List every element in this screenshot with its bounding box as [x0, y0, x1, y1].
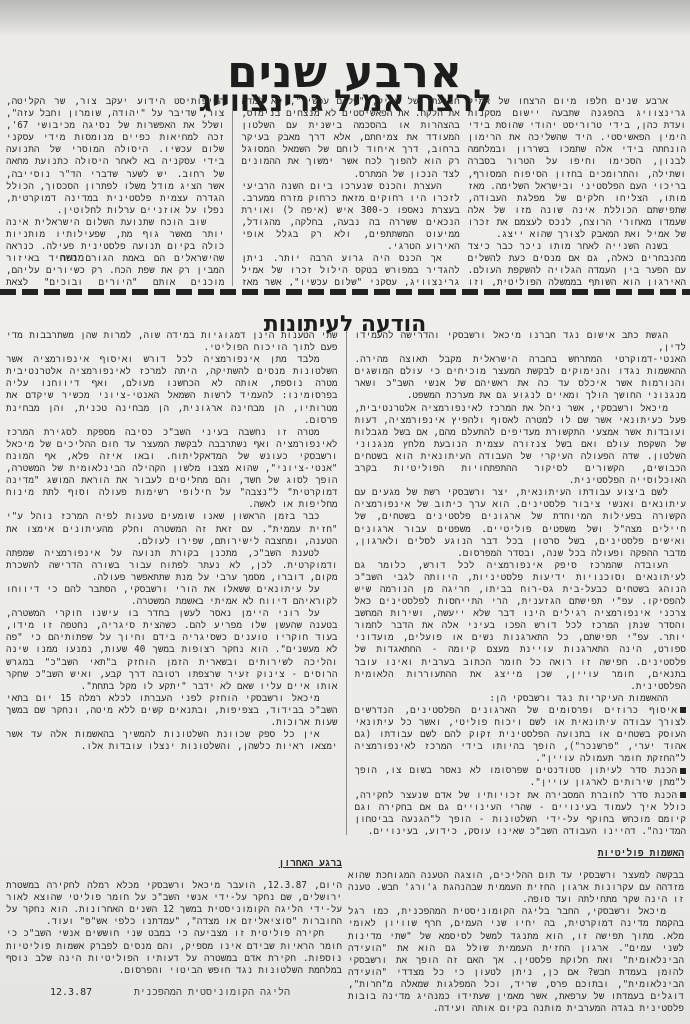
press-release-right-column: הגשת כתב אישום נגד חברנו מיכאל ורשבסקי ו… [355, 330, 687, 835]
paragraph: הגשת כתב אישום נגד חברנו מיכאל ורשבסקי ו… [355, 330, 687, 354]
paragraph: אין כל ספק שכוונת השלטונות להמשיך בהאשמו… [6, 729, 338, 753]
paragraph: מלבד מתן אינפורמציה לכל דורש ואיסוף אינפ… [6, 354, 338, 427]
paragraph: העובדה שהמרכז סיפק אינפורמציה לכל דורש, … [355, 560, 687, 693]
paragraph: מיכאל ורשבסקי הוחזק לפני העברתו לכלא רמל… [6, 693, 338, 729]
bullet-icon [680, 792, 686, 798]
paragraph: ארבע שנים חלפו מיום הרצחו של אמיל גרינצו… [468, 96, 686, 241]
scan-shadow [0, 0, 690, 36]
top-article: ארבע שנים חלפו מיום הרצחו של אמיל גרינצו… [6, 96, 686, 286]
bullet-item: הכנת סדר לחוברת המסבירה את זכויותיו של א… [355, 790, 687, 835]
date: 12.3.87 [50, 987, 92, 999]
top-article-column-3: הטיפותיסט הידוע יעקב צור, שר הקליטה, צור… [6, 96, 224, 286]
paragraph: על רוני היימן נאסר לעשן בחדר בו עישנו חו… [6, 608, 338, 693]
last-minute-section: ברגע האחרון היום, 12.3.87, הועבר מיכאל ו… [6, 850, 342, 977]
paragraph: האנטי-דמוקרטי המתרחש בחברה הישראלית מקבל… [355, 354, 687, 402]
paragraph: כבר בזמן הראשון שאנו שומעים טענות לפיה ה… [6, 511, 338, 547]
paragraph: מיכאל ורשבסקי, אשר ניהל את המרכז לאינפור… [355, 403, 687, 488]
paragraph: לטענת השב"כ, מתכנן בקורת תנועה על אינפור… [6, 548, 338, 584]
political-charges-section: האשמות פוליטיות בבקשה למעצר ורשבסקי עד ת… [348, 840, 684, 1015]
section-heading: האשמות פוליטיות [348, 848, 684, 860]
paragraph: חקירה פוליטית זו מצביעה כי במבט שני חושש… [6, 928, 342, 976]
top-article-column-1: ארבע שנים חלפו מיום הרצחו של אמיל גרינצו… [468, 96, 686, 286]
organization-name: הליגה הקומוניסטית המהפכנית [134, 987, 290, 999]
bullet-icon [680, 768, 686, 774]
paragraph: שתי הטענות הינן דמגוגיות במידה שוה, למרו… [6, 330, 338, 354]
paragraph: העצרת והכנס שנערכו ביום השנה הרביעי לזכר… [241, 181, 459, 254]
paragraph: הטיפותיסט הידוע יעקב צור, שר הקליטה, צור… [6, 96, 224, 217]
paragraph: שוב הוכח שתנועת השלום הישראלית אינה יותר… [6, 217, 224, 286]
author-signature: מנשה [60, 253, 84, 265]
top-article-column-2: חנועתו של אמיל, "שלום עכשיו", לא למדה את… [241, 96, 459, 286]
section-heading: ברגע האחרון [6, 858, 342, 870]
press-release-body: הגשת כתב אישום נגד חברנו מיכאל ורשבסקי ו… [6, 330, 686, 835]
press-release-left-column: שתי הטענות הינן דמגוגיות במידה שוה, למרו… [6, 330, 338, 835]
bullet-item: איסוף כרוזים ופרסומים של הארגונים הפלסטי… [355, 705, 687, 765]
bullet-item: הכנת סדר לעיתון סטודנטים שפרסומו לא נאסר… [355, 765, 687, 789]
scanned-page: ארבע שנים לרצח אמיל גרינצווייג ארבע שנים… [0, 0, 690, 1024]
paragraph: בשנה השנייה לאחר מותו ניכר כבר כיצד מהנב… [468, 241, 686, 286]
bullet-icon [680, 707, 686, 713]
dashed-separator [0, 289, 690, 295]
footer: הליגה הקומוניסטית המהפכנית 12.3.87 [50, 987, 290, 999]
paragraph: חנועתו של אמיל, "שלום עכשיו", לא למדה את… [241, 96, 459, 181]
paragraph: על עיתונאים ששאלו את הורי ורשבסקי, הסתבר… [6, 584, 338, 608]
column-divider [346, 330, 347, 835]
column-divider [232, 96, 233, 286]
paragraph: היום, 12.3.87, הועבר מיכאל ורשבסקי מכלא … [6, 880, 342, 928]
paragraph: לשם ביצוע עבודתו העיתונאית, יצר ורשבסקי … [355, 487, 687, 560]
paragraph: מיכאל ורשבסקי, החבר בליגה הקומוניסטית המ… [348, 906, 684, 1015]
paragraph: מטרה זו נחשבה בעיני השב"כ כסיבה מספקת לס… [6, 427, 338, 512]
paragraph: בבקשה למעצר ורשבסקי עד תום ההליכים, הוצג… [348, 870, 684, 906]
paragraph: אך הכנס היה גרוע הרבה יותר. ניתן להגדיר … [241, 253, 459, 286]
paragraph: ההאשמות העיקריות נגד ורשבסקי הן: [355, 693, 687, 705]
